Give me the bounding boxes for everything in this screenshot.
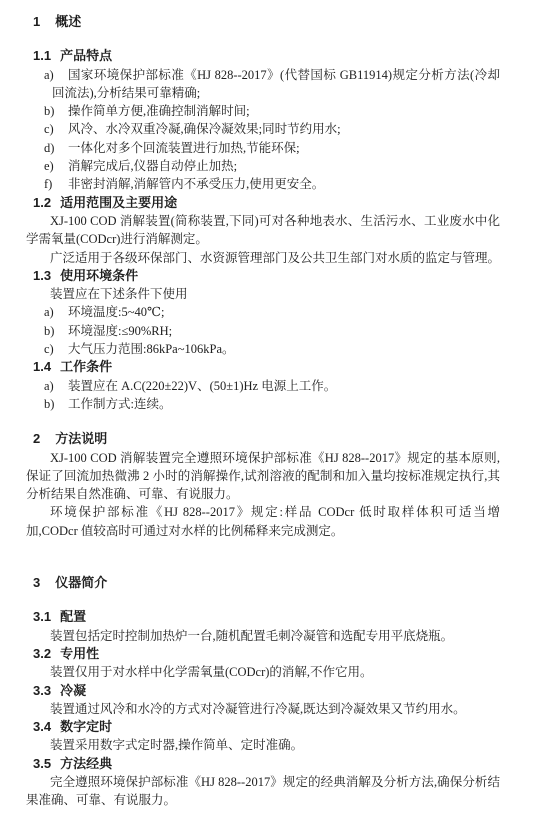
list-item-1-1-e: e)消解完成后,仪器自动停止加热;: [26, 157, 500, 175]
subsection-1-3-heading: 1.3使用环境条件: [33, 267, 500, 285]
list-item-1-3-b: b)环境湿度:≤90%RH;: [26, 322, 500, 340]
list-text: 装置应在 A.C(220±22)V、(50±1)Hz 电源上工作。: [68, 379, 336, 393]
subsection-1-3-number: 1.3: [33, 268, 51, 283]
list-marker: f): [44, 175, 52, 193]
subsection-3-5-heading: 3.5方法经典: [33, 755, 500, 773]
subsection-1-1-number: 1.1: [33, 48, 51, 63]
subsection-3-4-title: 数字定时: [60, 719, 112, 734]
subsection-1-4-number: 1.4: [33, 359, 51, 374]
subsection-3-1-heading: 3.1配置: [33, 608, 500, 626]
subsection-3-5-number: 3.5: [33, 756, 51, 771]
list-marker: b): [44, 102, 54, 120]
list-item-1-1-c: c)风冷、水冷双重冷凝,确保冷凝效果;同时节约用水;: [26, 120, 500, 138]
list-item-1-1-a: a)国家环境保护部标准《HJ 828--2017》(代替国标 GB11914)规…: [26, 66, 500, 103]
list-marker: c): [44, 340, 54, 358]
paragraph-1-3-lead: 装置应在下述条件下使用: [26, 285, 500, 303]
list-item-1-3-c: c)大气压力范围:86kPa~106kPa。: [26, 340, 500, 358]
list-marker: b): [44, 395, 54, 413]
section-3-title: 仪器简介: [55, 575, 107, 590]
list-marker: a): [44, 377, 54, 395]
paragraph-1-2-2: 广泛适用于各级环保部门、水资源管理部门及公共卫生部门对水质的监定与管理。: [26, 249, 500, 267]
subsection-1-4-title: 工作条件: [60, 359, 112, 374]
subsection-1-3-title: 使用环境条件: [60, 268, 138, 283]
subsection-3-3-heading: 3.3冷凝: [33, 682, 500, 700]
list-marker: a): [44, 303, 54, 321]
subsection-3-5-title: 方法经典: [60, 756, 112, 771]
list-item-1-4-b: b)工作制方式:连续。: [26, 395, 500, 413]
paragraph-3-1: 装置包括定时控制加热炉一台,随机配置毛刺冷凝管和选配专用平底烧瓶。: [26, 627, 500, 645]
subsection-1-2-number: 1.2: [33, 195, 51, 210]
subsection-1-1-heading: 1.1产品特点: [33, 47, 500, 65]
section-1-number: 1: [33, 14, 40, 29]
paragraph-3-3: 装置通过风冷和水冷的方式对冷凝管进行冷凝,既达到冷凝效果又节约用水。: [26, 700, 500, 718]
section-1-title: 概述: [55, 14, 81, 29]
list-item-1-3-a: a)环境温度:5~40℃;: [26, 303, 500, 321]
list-item-1-1-b: b)操作简单方便,准确控制消解时间;: [26, 102, 500, 120]
list-text: 大气压力范围:86kPa~106kPa。: [68, 342, 235, 356]
subsection-3-4-heading: 3.4数字定时: [33, 718, 500, 736]
section-1-heading: 1概述: [33, 13, 500, 31]
list-text: 国家环境保护部标准《HJ 828--2017》(代替国标 GB11914)规定分…: [52, 68, 500, 100]
list-text: 工作制方式:连续。: [68, 397, 171, 411]
list-text: 一体化对多个回流装置进行加热,节能环保;: [68, 141, 300, 155]
list-marker: c): [44, 120, 54, 138]
list-text: 风冷、水冷双重冷凝,确保冷凝效果;同时节约用水;: [68, 122, 341, 136]
subsection-3-1-number: 3.1: [33, 609, 51, 624]
list-marker: e): [44, 157, 54, 175]
section-3-heading: 3仪器简介: [33, 574, 500, 592]
list-marker: a): [44, 66, 54, 84]
subsection-3-3-title: 冷凝: [60, 683, 86, 698]
paragraph-3-5: 完全遵照环境保护部标准《HJ 828--2017》规定的经典消解及分析方法,确保…: [26, 773, 500, 810]
subsection-1-4-heading: 1.4工作条件: [33, 358, 500, 376]
list-marker: b): [44, 322, 54, 340]
paragraph-3-4: 装置采用数字式定时器,操作简单、定时准确。: [26, 736, 500, 754]
list-text: 操作简单方便,准确控制消解时间;: [68, 104, 250, 118]
section-2-title: 方法说明: [55, 431, 107, 446]
subsection-3-2-heading: 3.2专用性: [33, 645, 500, 663]
paragraph-2-1: XJ-100 COD 消解装置完全遵照环境保护部标准《HJ 828--2017》…: [26, 449, 500, 504]
subsection-3-1-title: 配置: [60, 609, 86, 624]
subsection-3-2-number: 3.2: [33, 646, 51, 661]
subsection-3-3-number: 3.3: [33, 683, 51, 698]
subsection-1-1-title: 产品特点: [60, 48, 112, 63]
list-text: 环境湿度:≤90%RH;: [68, 324, 172, 338]
list-item-1-1-d: d)一体化对多个回流装置进行加热,节能环保;: [26, 139, 500, 157]
subsection-3-2-title: 专用性: [60, 646, 99, 661]
section-2-heading: 2方法说明: [33, 430, 500, 448]
list-text: 消解完成后,仪器自动停止加热;: [68, 159, 237, 173]
list-text: 非密封消解,消解管内不承受压力,使用更安全。: [68, 177, 324, 191]
section-3-number: 3: [33, 575, 40, 590]
section-2-number: 2: [33, 431, 40, 446]
paragraph-1-2-1: XJ-100 COD 消解装置(简称装置,下同)可对各种地表水、生活污水、工业废…: [26, 212, 500, 249]
subsection-1-2-title: 适用范围及主要用途: [60, 195, 177, 210]
document-page: 1概述 1.1产品特点 a)国家环境保护部标准《HJ 828--2017》(代替…: [0, 0, 537, 818]
paragraph-2-2: 环境保护部标准《HJ 828--2017》规定:样品 CODcr 低时取样体积可…: [26, 503, 500, 540]
list-marker: d): [44, 139, 54, 157]
list-item-1-1-f: f)非密封消解,消解管内不承受压力,使用更安全。: [26, 175, 500, 193]
list-text: 环境温度:5~40℃;: [68, 305, 164, 319]
subsection-3-4-number: 3.4: [33, 719, 51, 734]
paragraph-3-2: 装置仅用于对水样中化学需氧量(CODcr)的消解,不作它用。: [26, 663, 500, 681]
subsection-1-2-heading: 1.2适用范围及主要用途: [33, 194, 500, 212]
list-item-1-4-a: a)装置应在 A.C(220±22)V、(50±1)Hz 电源上工作。: [26, 377, 500, 395]
